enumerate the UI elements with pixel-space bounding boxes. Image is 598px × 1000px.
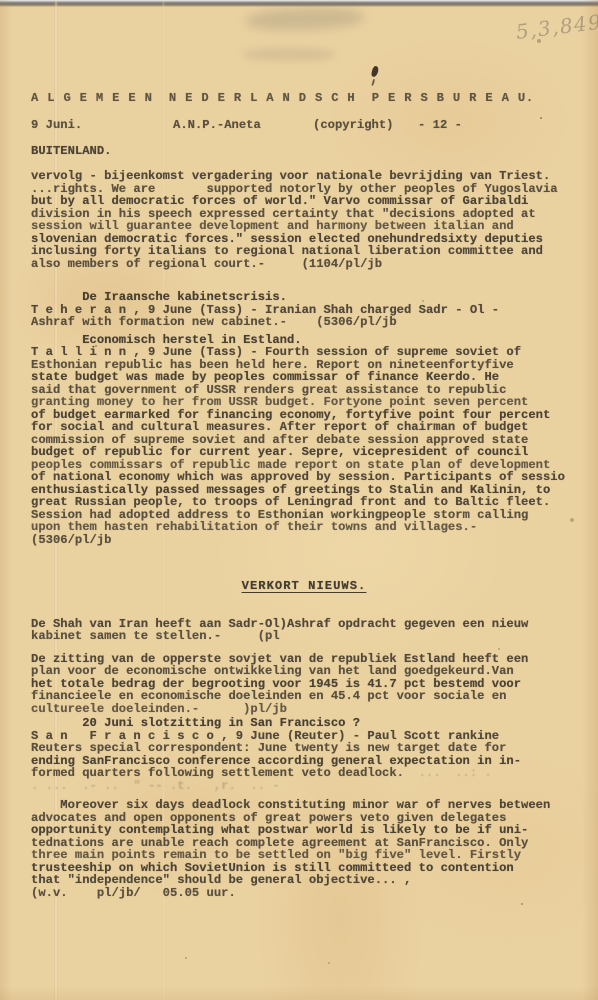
block-iran-heading: De Iraansche kabinetscrisis. (31, 291, 577, 304)
block-moreover-item: Moreover six days deadlock constituting … (31, 799, 577, 899)
text-line: vervolg - bijeenkomst vergadering voor n… (31, 170, 577, 183)
text-line: plan voor de economische ontwikkeling va… (31, 665, 577, 678)
issue-date: 9 Juni. (31, 119, 82, 132)
block-iran-item: T e h e r a n , 9 June (Tass) - Iranian … (31, 304, 577, 329)
text-line: upon them hasten rehabilitation of their… (31, 521, 577, 534)
text-line: (5306/pl/jb (31, 534, 577, 547)
text-line: De Iraansche kabinetscrisis. (31, 291, 577, 304)
document-body: vervolg - bijeenkomst vergadering voor n… (31, 170, 577, 899)
text-line: three main points remain to be settled o… (31, 849, 577, 862)
dateline: 9 Juni. A.N.P.-Aneta (copyright) - 12 - (31, 119, 598, 133)
block-shah-item: De Shah van Iran heeft aan Sadr-Ol)Ashra… (31, 618, 577, 643)
stamp-smudge (243, 48, 335, 61)
paper-specks (0, 0, 2, 2)
text-line: . ... .- .. " -- .t. ,r. .. - (31, 780, 577, 793)
text-line: also members of regional court.- (1104/p… (31, 258, 577, 271)
text-line: Ashraf with formation new cabinet.- (530… (31, 316, 577, 329)
text-line: VERKORT NIEUWS. (242, 580, 367, 593)
block-sf-faded: ... ..: .. ... .- .. " -- .t. ,r. .. - (31, 767, 577, 792)
text-line: but by all democratic forces of world." … (31, 195, 577, 208)
text-line: of national economy which was approved b… (31, 471, 577, 484)
text-line: session will guarantee development and h… (31, 220, 577, 233)
text-line: budget of republic for current year. Sep… (31, 446, 577, 459)
agency-name: A.N.P.-Aneta (173, 119, 261, 132)
text-line: granting money to her from USSR budget. … (31, 396, 577, 409)
text-line: kabinet samen te stellen.- (pl (31, 630, 577, 643)
text-line: (w.v. pl/jb/ 05.05 uur. (31, 887, 577, 900)
text-line: opportunity contemplating what postwar w… (31, 824, 577, 837)
ink-blot (371, 65, 379, 77)
text-line: Reuters special correspondent: June twen… (31, 742, 577, 755)
text-line: financieele en economische doeleinden en… (31, 690, 577, 703)
text-line: 20 Juni slotzitting in San Francisco ? (31, 717, 577, 730)
text-line: ... ..: . (31, 767, 577, 780)
block-estland-item: T a l l i n n , 9 June (Tass) - Fourth s… (31, 346, 577, 546)
block-verkort-heading: VERKORT NIEUWS. (31, 580, 577, 593)
section-label: BUITENLAND. (31, 145, 111, 158)
text-line: that "independence" should be general ob… (31, 874, 577, 887)
text-line: cultureele doeleinden.- )pl/jb (31, 703, 577, 716)
text-line: for social and cultural measures. After … (31, 421, 577, 434)
handwritten-archive-number: 5,3,8497 (515, 8, 598, 44)
stamp-smudge (246, 6, 365, 32)
block-sf-heading: 20 Juni slotzitting in San Francisco ? (31, 717, 577, 730)
page-number: - 12 - (418, 119, 462, 132)
text-line: Moreover six days deadlock constituting … (31, 799, 577, 812)
text-line: state budget was made by peoples commiss… (31, 371, 577, 384)
text-line: inclusing forty italians to regional nat… (31, 245, 577, 258)
scan-edge (0, 0, 598, 7)
copyright-note: (copyright) (313, 119, 393, 132)
document-page: 5,3,8497 A L G E M E E N N E D E R L A N… (0, 0, 598, 1000)
text-line: T a l l i n n , 9 June (Tass) - Fourth s… (31, 346, 577, 359)
block-estland-plan-item: De zitting van de opperste sovjet van de… (31, 653, 577, 716)
text-line: great Russian people, to troops of Lenin… (31, 496, 577, 509)
agency-title: A L G E M E E N N E D E R L A N D S C H … (31, 92, 534, 105)
block-triest-report: vervolg - bijeenkomst vergadering voor n… (31, 170, 577, 270)
